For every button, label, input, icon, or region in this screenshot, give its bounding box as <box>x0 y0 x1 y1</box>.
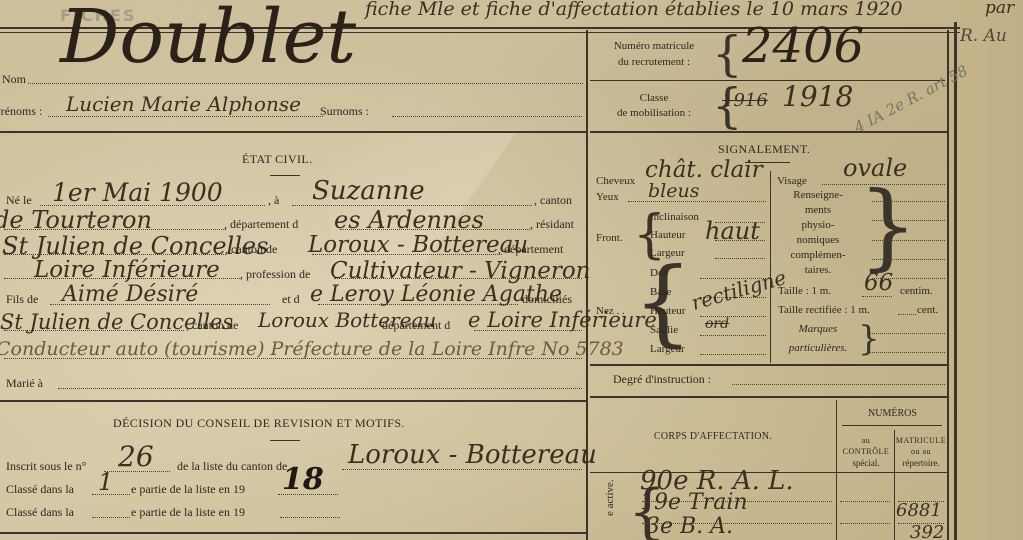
classe1-value: 1 <box>98 468 113 496</box>
renseignements-label-line: Renseigne- <box>774 189 862 201</box>
renseignements-label-line: ments <box>774 204 862 216</box>
nom-value: Doublet <box>60 0 356 80</box>
inscrit-value: 26 <box>118 440 154 473</box>
prenoms-value: Lucien Marie Alphonse <box>66 92 301 116</box>
decision-heading: DÉCISION DU CONSEIL DE REVISION ET MOTIF… <box>113 416 405 431</box>
classe-value: 1918 <box>782 80 853 113</box>
prenoms-label: Prénoms : <box>0 104 42 119</box>
nom-field-line <box>28 83 583 84</box>
affectation-corps-value: 19e Train <box>640 490 748 515</box>
marie-label: Marié à <box>6 376 43 391</box>
nom-label: Nom <box>2 72 26 87</box>
domicilies-label: domiciliés <box>522 292 572 307</box>
marie-line <box>58 388 582 389</box>
decision-rule <box>270 440 300 441</box>
controle-label-line: au <box>838 436 894 445</box>
matricule-brace: { <box>712 26 743 82</box>
matricule-label-line: MATRICULE <box>895 436 947 445</box>
front-label: Front. <box>596 232 623 244</box>
liste-label: de la liste du canton de <box>177 459 287 474</box>
nez-row-line <box>700 335 766 336</box>
matricule-label-line: ou au <box>895 447 947 456</box>
matricule-value: 2406 <box>742 18 864 74</box>
front-row-value: haut <box>705 217 760 245</box>
marques-brace: } <box>858 322 880 356</box>
adjacent-page-edge <box>958 0 1023 540</box>
nez-row-line <box>700 354 766 355</box>
a-label: , à <box>268 193 279 208</box>
matricule-divider <box>590 80 945 81</box>
front-row-label: Largeur <box>650 247 685 259</box>
affectation-corps-value: 3e B. A. <box>646 514 733 539</box>
affectation-col-divider <box>836 400 837 540</box>
top-annotation: fiche Mle et fiche d'affectation établie… <box>365 0 903 20</box>
departement2-label: , département <box>498 242 563 257</box>
nez-row-label: Hauteur <box>650 305 685 317</box>
degre-instruction-label: Degré d'instruction : <box>613 372 711 387</box>
signalement-heading: SIGNALEMENT. <box>718 142 810 157</box>
etat-civil-heading: ÉTAT CIVIL. <box>242 152 313 167</box>
identity-divider <box>0 131 586 133</box>
classe-label-2: de mobilisation : <box>594 107 714 119</box>
taille-line <box>862 296 892 297</box>
profession-label: , profession de <box>240 267 310 282</box>
canton2-value: Loroux - Bottereau <box>308 232 528 258</box>
numeros-heading: NUMÉROS <box>838 408 947 419</box>
inscrit-label: Inscrit sous le n° <box>6 459 86 474</box>
nez-row-label: Saillie <box>650 324 678 336</box>
renseignements-label-line: physio- <box>774 219 862 231</box>
classe-label-1: Classe <box>594 92 714 104</box>
affectation-matricule-value: 6881 <box>896 500 942 521</box>
classe-divider <box>590 131 947 133</box>
renseignements-line-1 <box>872 201 945 202</box>
right-border-outer <box>954 22 957 540</box>
departement-label: , département d <box>224 217 298 232</box>
renseignements-line-2 <box>872 220 945 221</box>
et-de-label: et d <box>282 292 300 307</box>
affectation-controle-line <box>840 523 890 524</box>
marques-line-2 <box>868 352 945 353</box>
affectation-controle-line <box>840 501 890 502</box>
classe2-line <box>92 517 130 518</box>
taille-rectifiee-line <box>898 314 916 315</box>
front-row-line <box>715 258 765 259</box>
controle-label-line: CONTRÔLE <box>838 447 894 456</box>
visage-label: Visage <box>777 175 807 187</box>
top-right-annotation-2: R. Au <box>960 26 1007 46</box>
marques-line-1 <box>868 333 945 334</box>
residant-label: , résidant <box>530 217 574 232</box>
renseignements-label-line: complémen- <box>774 249 862 261</box>
canton-label: , canton <box>534 193 572 208</box>
top-right-annotation: par <box>985 0 1014 18</box>
marques-label-2: particulières. <box>778 342 858 354</box>
taille-rectifiee-label: Taille rectifiée : 1 m. <box>778 304 870 316</box>
canton2-label: , canton de <box>225 242 277 257</box>
partie2-line <box>280 517 340 518</box>
fils-de-label: Fils de <box>6 292 38 307</box>
classe2-label: Classé dans la <box>6 505 74 520</box>
profession-value: Cultivateur - Vigneron <box>330 258 591 284</box>
renseignements-line-3 <box>872 240 945 241</box>
permis-note: Conducteur auto (tourisme) Préfecture de… <box>0 338 624 360</box>
departement-value: es Ardennes <box>334 206 484 234</box>
yeux-value: bleus <box>648 180 699 202</box>
partie1-year: 18 <box>282 462 324 497</box>
surnoms-field-line <box>392 116 582 117</box>
canton-value: de Tourteron <box>0 206 152 234</box>
renseignements-label-line: taires. <box>774 264 862 276</box>
matricule-label-1: Numéro matricule <box>594 40 714 52</box>
affectation-matricule-value: 392 <box>910 522 944 540</box>
decision-bottom-divider <box>0 532 586 534</box>
prenoms-field-line <box>48 116 323 117</box>
departement3-label: département d <box>382 318 450 333</box>
cheveux-label: Cheveux <box>596 175 635 187</box>
signalement-divider <box>590 364 947 366</box>
departement2-value: Loire Inférieure <box>34 257 220 283</box>
controle-label-line: spécial. <box>838 458 894 468</box>
numeros-rule <box>842 425 942 426</box>
classe-struck-value: 1916 <box>722 90 768 111</box>
nez-row-label: Base <box>650 286 671 298</box>
liste-value: Loroux - Bottereau <box>348 440 597 470</box>
taille-unit: centim. <box>900 285 933 297</box>
renseignements-line-4 <box>872 259 945 260</box>
front-row-label: Inclinaison <box>650 211 699 223</box>
nez-row-label: Largeur <box>650 343 685 355</box>
etat-civil-divider <box>0 400 586 402</box>
etat-civil-rule <box>270 175 300 176</box>
canton3-label: , canton de <box>186 318 238 333</box>
partie1-label: e partie de la liste en 19 <box>131 482 245 497</box>
renseignements-label-line: nomiques <box>774 234 862 246</box>
classe1-label: Classé dans la <box>6 482 74 497</box>
marques-label-1: Marques <box>778 323 858 335</box>
matricule-label-line: répertoire. <box>895 458 947 468</box>
instruction-divider <box>590 396 947 398</box>
surnoms-label: Surnoms : <box>320 104 369 119</box>
ne-le-value: 1er Mai 1900 <box>52 178 223 207</box>
pere-value: Aimé Désiré <box>62 282 198 307</box>
nez-label: Nez . . <box>596 305 625 317</box>
right-border <box>947 30 949 540</box>
departement3-value: e Loire Inférieure <box>468 308 657 332</box>
taille-rectifiee-unit: cent. <box>917 304 938 316</box>
degre-instruction-line <box>732 384 945 385</box>
lieu-naissance-value: Suzanne <box>312 176 425 206</box>
nez-row-value: ord <box>705 316 729 332</box>
corps-heading: CORPS D'AFFECTATION. <box>590 431 836 442</box>
signalement-column-divider <box>770 171 771 363</box>
taille-value: 66 <box>864 270 893 296</box>
partie2-label: e partie de la liste en 19 <box>131 505 245 520</box>
affectation-side-label: e active. <box>604 479 616 516</box>
matricule-label-2: du recrutement : <box>594 56 714 68</box>
nez-row-label: Dos <box>650 267 668 279</box>
front-row-label: Hauteur <box>650 229 685 241</box>
yeux-label: Yeux <box>596 191 619 203</box>
